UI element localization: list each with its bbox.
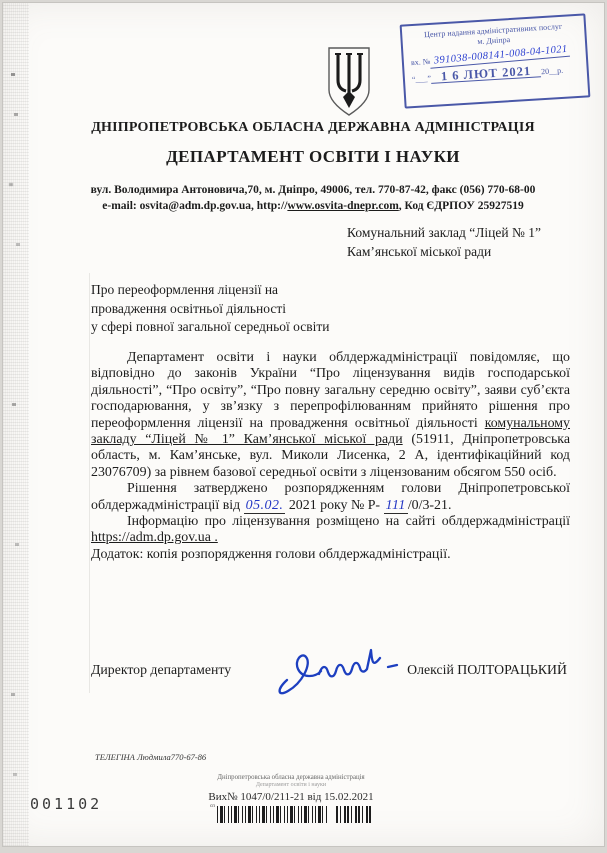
para2-text-c: /0/3-21. bbox=[408, 498, 452, 513]
barcode-row: сп bbox=[201, 806, 381, 823]
para3-text: Інформацію про ліцензування розміщено на… bbox=[127, 514, 570, 529]
scan-noise bbox=[3, 3, 29, 846]
registration-block: Дніпропетровська обласна державна адміні… bbox=[201, 774, 381, 823]
handwritten-date: 05.02. bbox=[244, 498, 286, 514]
stamp-reg-label: вх. № bbox=[411, 57, 431, 68]
letter-body: Департамент освіти і науки облдержадміні… bbox=[91, 350, 570, 563]
signer-position: Директор департаменту bbox=[91, 662, 231, 678]
org-email-line: e-mail: osvita@adm.dp.gov.ua, http://www… bbox=[63, 198, 563, 214]
scan-smudges bbox=[11, 73, 15, 76]
reg-org-name: Дніпропетровська обласна державна адміні… bbox=[201, 774, 381, 782]
barcode-segment-2 bbox=[336, 806, 372, 823]
addressee-block: Комунальний заклад “Ліцей № 1” Кам’янськ… bbox=[347, 223, 541, 261]
ukraine-trident-icon bbox=[325, 45, 373, 119]
document-page: Центр надання адміністративних послуг м.… bbox=[2, 2, 605, 847]
paragraph-1: Департамент освіти і науки облдержадміні… bbox=[91, 350, 570, 481]
org-address-line: вул. Володимира Антоновича,70, м. Дніпро… bbox=[63, 182, 563, 198]
reg-dept-name: Департамент освіти і науки bbox=[201, 782, 381, 789]
subject-line3: у сфері повної загальної середньої освіт… bbox=[91, 318, 329, 337]
email-prefix: e-mail: osvita@adm.dp.gov.ua, http:// bbox=[102, 200, 287, 212]
addressee-line2: Кам’янської міської ради bbox=[347, 242, 541, 261]
stamp-quote: “___” bbox=[412, 74, 432, 85]
outgoing-number: Вих№ 1047/0/211-21 від 15.02.2021 bbox=[201, 790, 381, 804]
website-url: https://adm.dp.gov.ua . bbox=[91, 530, 218, 545]
org-website-link: www.osvita-dnepr.com bbox=[287, 200, 398, 212]
org-contact-block: вул. Володимира Антоновича,70, м. Дніпро… bbox=[63, 182, 563, 214]
handwritten-order-number: 111 bbox=[384, 498, 408, 514]
stamp-year-suffix: 20__р. bbox=[541, 66, 564, 77]
para2-text-b: 2021 року № Р- bbox=[285, 498, 383, 513]
executor-note: ТЕЛЕГІНА Людмила770-67-86 bbox=[95, 752, 206, 762]
intake-stamp: Центр надання адміністративних послуг м.… bbox=[400, 13, 591, 108]
attachment-line: Додаток: копія розпорядження голови облд… bbox=[91, 547, 570, 563]
subject-line2: провадження освітньої діяльності bbox=[91, 300, 329, 319]
barcode-label: сп bbox=[210, 804, 215, 809]
email-suffix: , Код ЄДРПОУ 25927519 bbox=[399, 200, 524, 212]
addressee-line1: Комунальний заклад “Ліцей № 1” bbox=[347, 223, 541, 242]
paragraph-2: Рішення затверджено розпорядженням голов… bbox=[91, 481, 570, 514]
org-name-line1: ДНІПРОПЕТРОВСЬКА ОБЛАСНА ДЕРЖАВНА АДМІНІ… bbox=[63, 120, 563, 136]
signature-ink bbox=[271, 638, 401, 704]
signer-name: Олексій ПОЛТОРАЦЬКИЙ bbox=[407, 662, 567, 678]
org-name-line2: ДЕПАРТАМЕНТ ОСВІТИ І НАУКИ bbox=[63, 147, 563, 167]
stamp-date: 1 6 ЛЮТ 2021 bbox=[431, 65, 542, 84]
paragraph-3: Інформацію про ліцензування розміщено на… bbox=[91, 514, 570, 547]
form-serial-number: 001102 bbox=[30, 795, 102, 813]
subject-block: Про переоформлення ліцензії на проваджен… bbox=[91, 281, 329, 337]
barcode-segment-1 bbox=[217, 806, 329, 823]
scan-margin-line bbox=[89, 273, 90, 693]
subject-line1: Про переоформлення ліцензії на bbox=[91, 281, 329, 300]
scanned-letter: { "stamp": { "line1": "Центр надання адм… bbox=[0, 0, 607, 853]
